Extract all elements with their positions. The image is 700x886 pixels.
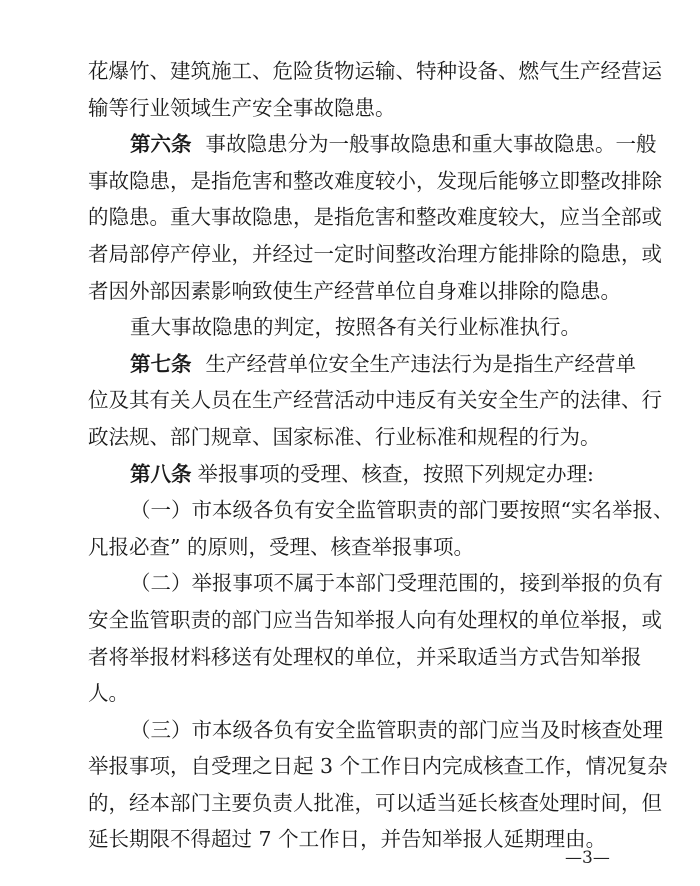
text-line-2: 输等行业领域生产安全事故隐患。 — [88, 90, 620, 127]
line-text: 位及其有关人员在生产经营活动中违反有关安全生产的法律、行 — [88, 388, 662, 412]
line-text: 事故隐患分为一般事故隐患和重大事故隐患。一般 — [206, 132, 657, 156]
clause-2-line-2: 安全监管职责的部门应当告知举报人向有处理权的单位举报，或 — [88, 602, 620, 639]
line-text: 凡报必查” 的原则，受理、核查举报事项。 — [88, 535, 474, 559]
line-text: （三）市本级各负有安全监管职责的部门应当及时核查处理 — [130, 718, 663, 742]
document-page: 花爆竹、建筑施工、危险货物运输、特种设备、燃气生产经营运 输等行业领域生产安全事… — [0, 0, 700, 886]
article-number-6: 第六条 — [130, 132, 192, 156]
line-text: 事故隐患，是指危害和整改难度较小，发现后能够立即整改排除 — [88, 169, 662, 193]
clause-3-line-1: （三）市本级各负有安全监管职责的部门应当及时核查处理 — [88, 712, 620, 749]
line-text: 输等行业领域生产安全事故隐患。 — [88, 96, 396, 120]
text-line-1: 花爆竹、建筑施工、危险货物运输、特种设备、燃气生产经营运 — [88, 53, 620, 90]
line-text: 者将举报材料移送有处理权的单位，并采取适当方式告知举报 — [88, 645, 642, 669]
clause-3-line-2: 举报事项，自受理之日起 3 个工作日内完成核查工作，情况复杂 — [88, 748, 620, 785]
text-line-6: 者局部停产停业，并经过一定时间整改治理方能排除的隐患，或 — [88, 236, 620, 273]
text-line-10: 位及其有关人员在生产经营活动中违反有关安全生产的法律、行 — [88, 382, 620, 419]
text-line-4: 事故隐患，是指危害和整改难度较小，发现后能够立即整改排除 — [88, 163, 620, 200]
clause-1-line-2: 凡报必查” 的原则，受理、核查举报事项。 — [88, 529, 620, 566]
line-text: 重大事故隐患的判定，按照各有关行业标准执行。 — [130, 315, 581, 339]
clause-2-line-4: 人。 — [88, 675, 620, 712]
clause-2-line-1: （二）举报事项不属于本部门受理范围的，接到举报的负有 — [88, 565, 620, 602]
article-8-heading-line: 第八条举报事项的受理、核查，按照下列规定办理: — [88, 456, 620, 493]
line-text: 的，经本部门主要负责人批准，可以适当延长核查处理时间，但 — [88, 791, 662, 815]
page-number: —3— — [565, 848, 610, 868]
line-text: （二）举报事项不属于本部门受理范围的，接到举报的负有 — [130, 571, 663, 595]
line-text: 安全监管职责的部门应当告知举报人向有处理权的单位举报，或 — [88, 608, 662, 632]
text-line-11: 政法规、部门规章、国家标准、行业标准和规程的行为。 — [88, 419, 620, 456]
text-line-5: 的隐患。重大事故隐患，是指危害和整改难度较大，应当全部或 — [88, 199, 620, 236]
text-line-8: 重大事故隐患的判定，按照各有关行业标准执行。 — [88, 309, 620, 346]
article-6-heading-line: 第六条事故隐患分为一般事故隐患和重大事故隐患。一般 — [88, 126, 620, 163]
line-text: 花爆竹、建筑施工、危险货物运输、特种设备、燃气生产经营运 — [88, 59, 662, 83]
article-7-heading-line: 第七条生产经营单位安全生产违法行为是指生产经营单 — [88, 346, 620, 383]
clause-3-line-3: 的，经本部门主要负责人批准，可以适当延长核查处理时间，但 — [88, 785, 620, 822]
clause-3-line-4: 延长期限不得超过 7 个工作日，并告知举报人延期理由。 — [88, 821, 620, 858]
text-line-7: 者因外部因素影响致使生产经营单位自身难以排除的隐患。 — [88, 273, 620, 310]
clause-1-line-1: （一）市本级各负有安全监管职责的部门要按照“实名举报、 — [88, 492, 620, 529]
clause-2-line-3: 者将举报材料移送有处理权的单位，并采取适当方式告知举报 — [88, 639, 620, 676]
line-text: 举报事项的受理、核查，按照下列规定办理: — [198, 462, 594, 486]
article-number-7: 第七条 — [130, 352, 192, 376]
line-text: （一）市本级各负有安全监管职责的部门要按照“实名举报、 — [130, 498, 673, 522]
line-text: 者局部停产停业，并经过一定时间整改治理方能排除的隐患，或 — [88, 242, 662, 266]
line-text: 举报事项，自受理之日起 3 个工作日内完成核查工作，情况复杂 — [88, 754, 668, 778]
body-text: 花爆竹、建筑施工、危险货物运输、特种设备、燃气生产经营运 输等行业领域生产安全事… — [88, 53, 620, 858]
line-text: 人。 — [88, 681, 129, 705]
line-text: 者因外部因素影响致使生产经营单位自身难以排除的隐患。 — [88, 279, 621, 303]
line-text: 的隐患。重大事故隐患，是指危害和整改难度较大，应当全部或 — [88, 205, 662, 229]
article-number-8: 第八条 — [130, 462, 192, 486]
line-text: 政法规、部门规章、国家标准、行业标准和规程的行为。 — [88, 425, 601, 449]
line-text: 延长期限不得超过 7 个工作日，并告知举报人延期理由。 — [88, 827, 606, 851]
line-text: 生产经营单位安全生产违法行为是指生产经营单 — [206, 352, 637, 376]
